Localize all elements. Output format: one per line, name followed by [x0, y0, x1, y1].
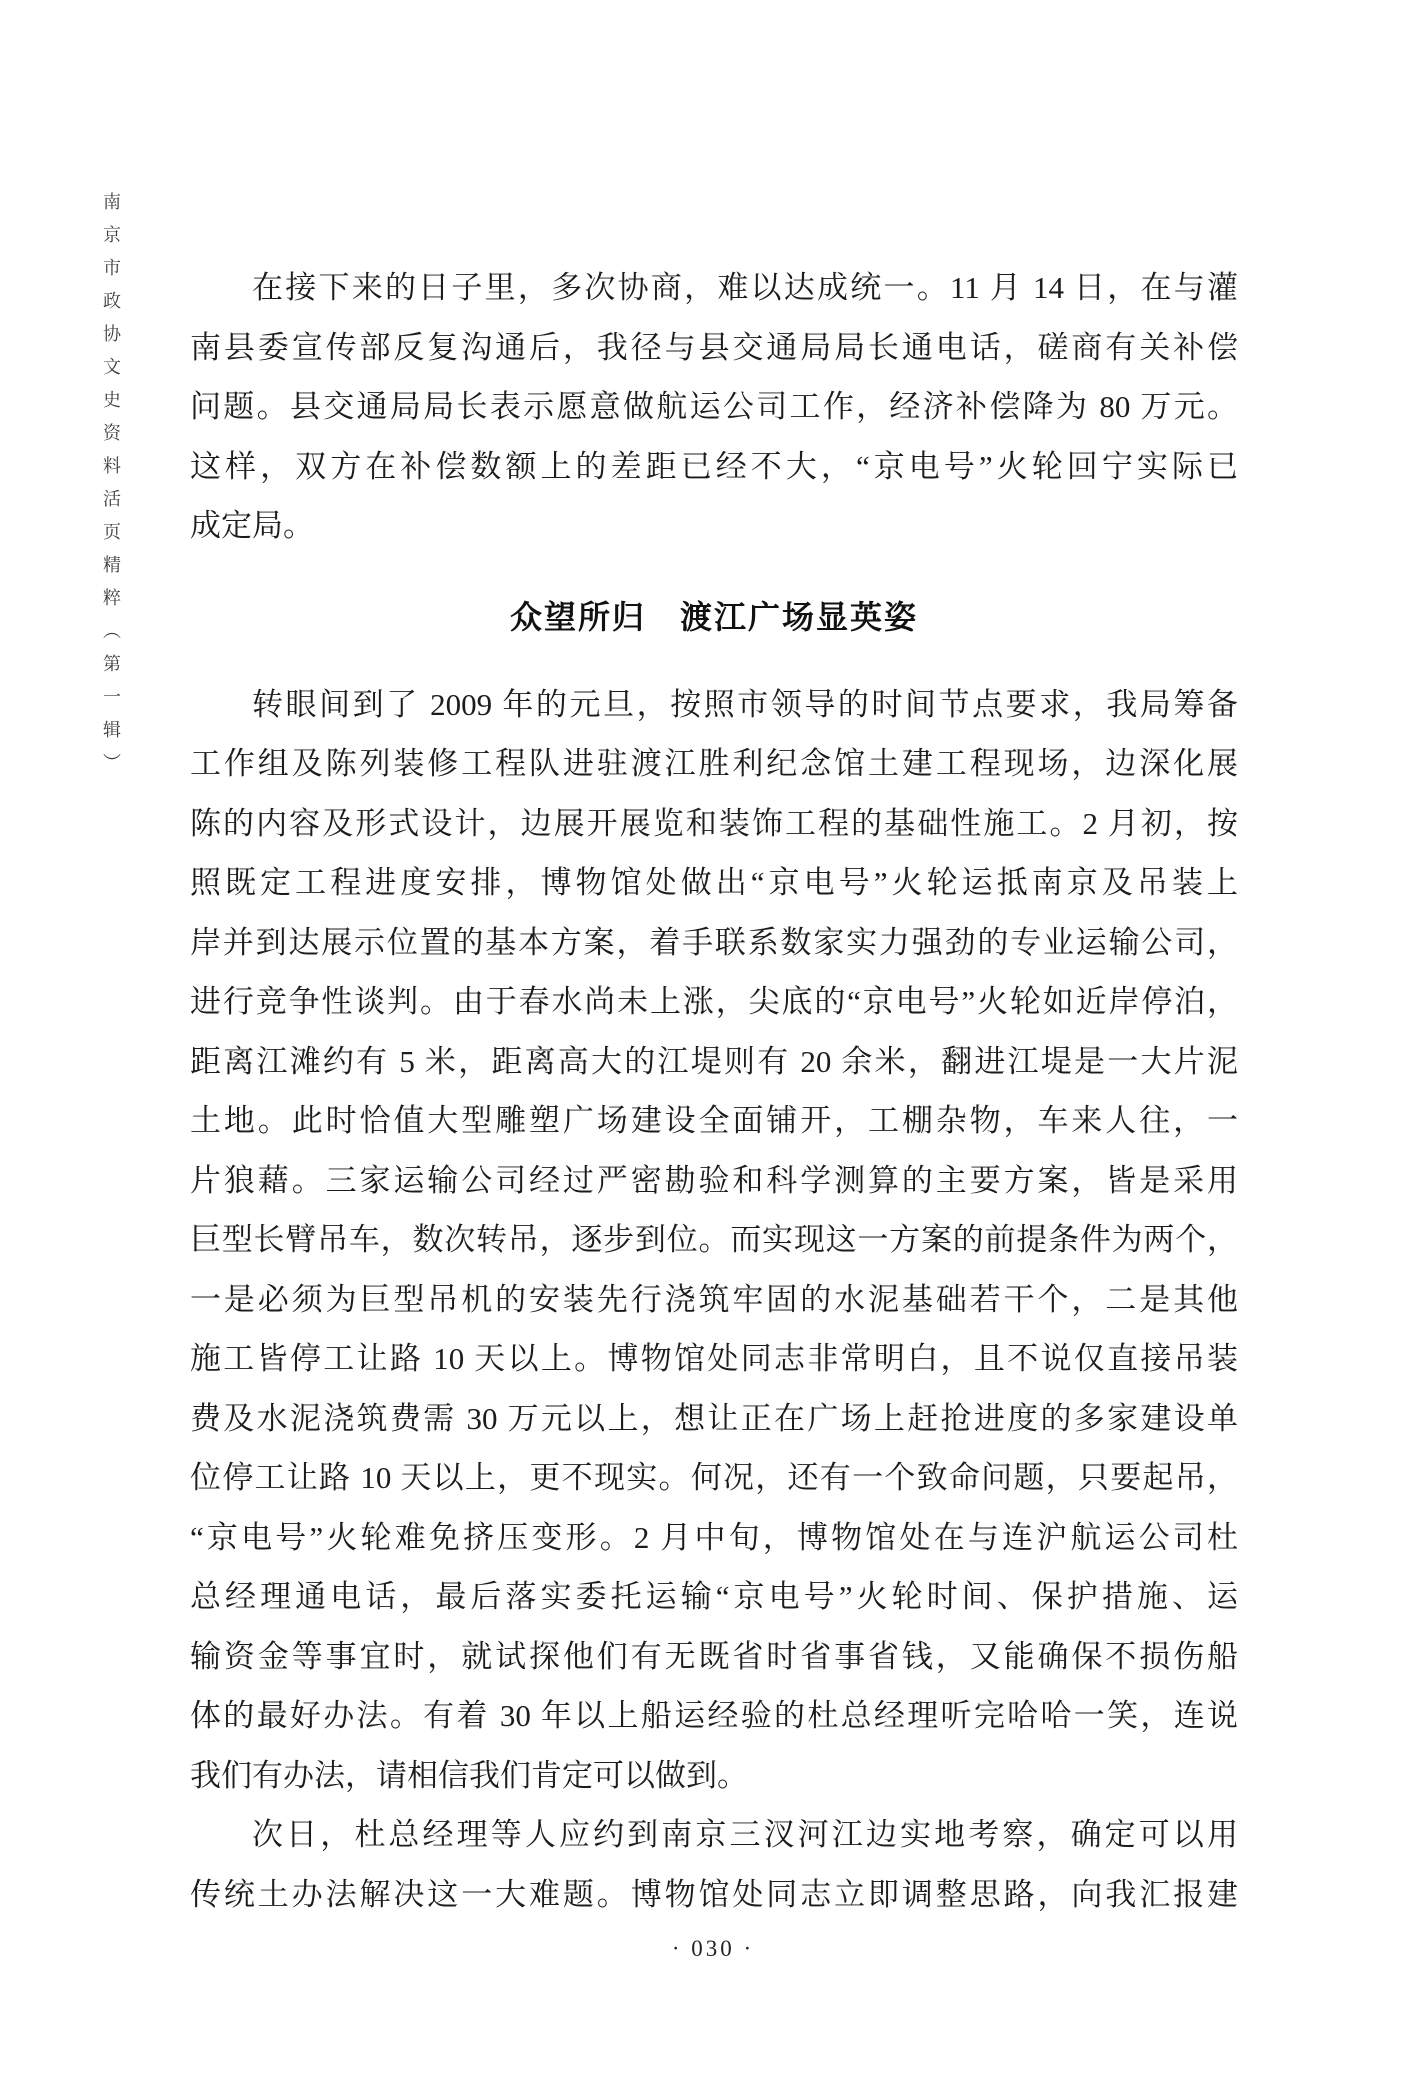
text-line: 位停工让路 10 天以上，更不现实。何况，还有一个致命问题，只要起吊， — [190, 1448, 1238, 1508]
margin-book-title: 南京市政协文史资料活页精粹（第一辑） — [98, 192, 124, 786]
text-line: 在接下来的日子里，多次协商，难以达成统一。11 月 14 日，在与灌 — [190, 258, 1238, 318]
text-line: 土地。此时恰值大型雕塑广场建设全面铺开，工棚杂物，车来人往，一 — [190, 1091, 1238, 1151]
paragraph: 次日，杜总经理等人应约到南京三汊河江边实地考察，确定可以用传统土办法解决这一大难… — [190, 1805, 1238, 1924]
text-line: 片狼藉。三家运输公司经过严密勘验和科学测算的主要方案，皆是采用 — [190, 1151, 1238, 1211]
text-line: 转眼间到了 2009 年的元旦，按照市领导的时间节点要求，我局筹备 — [190, 675, 1238, 735]
text-line: 工作组及陈列装修工程队进驻渡江胜利纪念馆土建工程现场，边深化展 — [190, 734, 1238, 794]
text-line: 输资金等事宜时，就试探他们有无既省时省事省钱，又能确保不损伤船 — [190, 1627, 1238, 1687]
paragraph: 在接下来的日子里，多次协商，难以达成统一。11 月 14 日，在与灌南县委宣传部… — [190, 258, 1238, 556]
paragraph: 转眼间到了 2009 年的元旦，按照市领导的时间节点要求，我局筹备工作组及陈列装… — [190, 675, 1238, 1806]
text-line: 进行竞争性谈判。由于春水尚未上涨，尖底的“京电号”火轮如近岸停泊， — [190, 972, 1238, 1032]
text-line: “京电号”火轮难免挤压变形。2 月中旬，博物馆处在与连沪航运公司杜 — [190, 1508, 1238, 1568]
page-number: · 030 · — [0, 1936, 1426, 1962]
text-line: 岸并到达展示位置的基本方案，着手联系数家实力强劲的专业运输公司， — [190, 913, 1238, 973]
text-line: 体的最好办法。有着 30 年以上船运经验的杜总经理听完哈哈一笑，连说 — [190, 1686, 1238, 1746]
text-line: 总经理通电话，最后落实委托运输“京电号”火轮时间、保护措施、运 — [190, 1567, 1238, 1627]
text-line: 传统土办法解决这一大难题。博物馆处同志立即调整思路，向我汇报建 — [190, 1865, 1238, 1925]
section-heading: 众望所归 渡江广场显英姿 — [190, 556, 1238, 675]
main-text-column: 在接下来的日子里，多次协商，难以达成统一。11 月 14 日，在与灌南县委宣传部… — [190, 258, 1238, 1924]
text-line: 陈的内容及形式设计，边展开展览和装饰工程的基础性施工。2 月初，按 — [190, 794, 1238, 854]
text-line: 成定局。 — [190, 496, 1238, 556]
text-line: 巨型长臂吊车，数次转吊，逐步到位。而实现这一方案的前提条件为两个， — [190, 1210, 1238, 1270]
text-line: 施工皆停工让路 10 天以上。博物馆处同志非常明白，且不说仅直接吊装 — [190, 1329, 1238, 1389]
book-page: 南京市政协文史资料活页精粹（第一辑） 在接下来的日子里，多次协商，难以达成统一。… — [0, 0, 1426, 2095]
text-line: 费及水泥浇筑费需 30 万元以上，想让正在广场上赶抢进度的多家建设单 — [190, 1389, 1238, 1449]
text-line: 南县委宣传部反复沟通后，我径与县交通局局长通电话，磋商有关补偿 — [190, 318, 1238, 378]
text-line: 次日，杜总经理等人应约到南京三汊河江边实地考察，确定可以用 — [190, 1805, 1238, 1865]
text-line: 这样，双方在补偿数额上的差距已经不大，“京电号”火轮回宁实际已 — [190, 437, 1238, 497]
text-line: 照既定工程进度安排，博物馆处做出“京电号”火轮运抵南京及吊装上 — [190, 853, 1238, 913]
text-line: 一是必须为巨型吊机的安装先行浇筑牢固的水泥基础若干个，二是其他 — [190, 1270, 1238, 1330]
text-line: 问题。县交通局局长表示愿意做航运公司工作，经济补偿降为 80 万元。 — [190, 377, 1238, 437]
text-line: 距离江滩约有 5 米，距离高大的江堤则有 20 余米，翻进江堤是一大片泥 — [190, 1032, 1238, 1092]
text-line: 我们有办法，请相信我们肯定可以做到。 — [190, 1746, 1238, 1806]
